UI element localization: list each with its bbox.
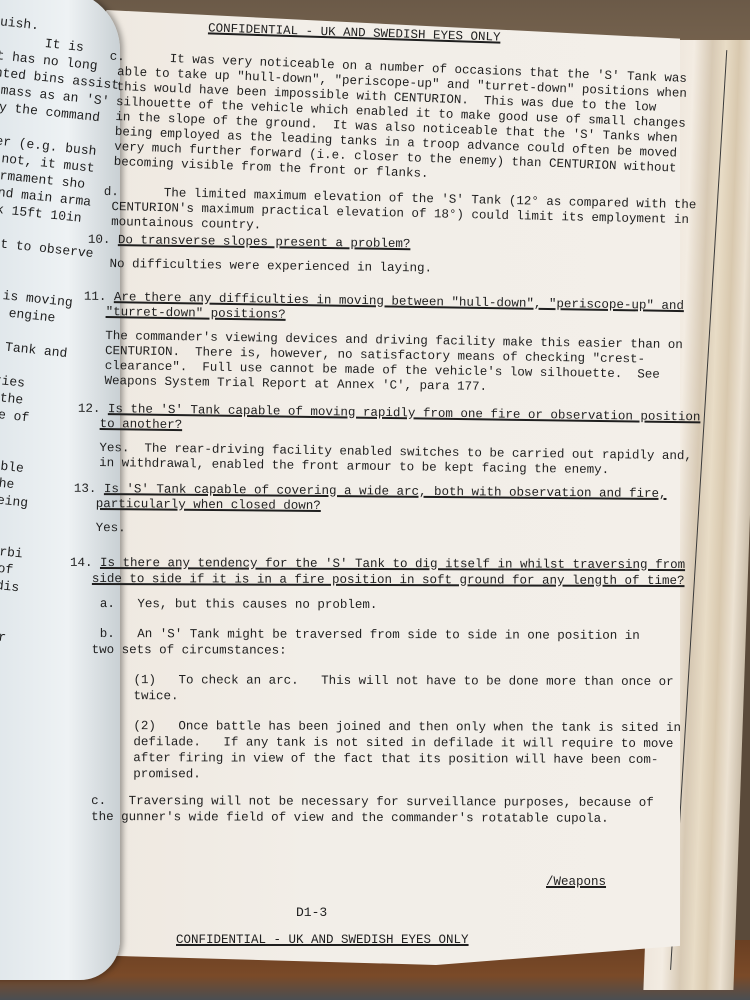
- paragraph-c: c. It was very noticeable on a number of…: [113, 50, 687, 192]
- classification-header: CONFIDENTIAL - UK AND SWEDISH EYES ONLY: [208, 21, 501, 45]
- question-number: 12.: [78, 402, 108, 416]
- question-text: to another?: [100, 417, 183, 432]
- answer-item-line: (1) To check an arc. This will not have …: [134, 672, 685, 690]
- question-14: 14. Is there any tendency for the 'S' Ta…: [91, 555, 685, 841]
- answer-item-line: a. Yes, but this causes no problem.: [100, 596, 685, 614]
- document-content: CONFIDENTIAL - UK AND SWEDISH EYES ONLY …: [0, 0, 750, 1000]
- answer-item-line: promised.: [133, 766, 684, 784]
- question-text: Do transverse slopes present a problem?: [118, 233, 411, 251]
- question-line: side to side if it is in a fire position…: [92, 571, 685, 589]
- question-number: 10.: [88, 233, 118, 247]
- answer-item-line: after firing in view of the fact that it…: [133, 750, 684, 768]
- question-text: "turret-down" positions?: [106, 305, 286, 322]
- question-text: side to side if it is in a fire position…: [92, 572, 685, 588]
- question-text: Is there any tendency for the 'S' Tank t…: [100, 556, 685, 572]
- question-number: 14.: [70, 556, 100, 570]
- question-10: 10. Do transverse slopes present a probl…: [109, 233, 432, 276]
- answer-line: No difficulties were experienced in layi…: [109, 257, 432, 277]
- question-number: 11.: [84, 290, 114, 304]
- catchword: /Weapons: [546, 875, 606, 890]
- classification-footer: CONFIDENTIAL - UK AND SWEDISH EYES ONLY: [176, 933, 469, 948]
- answer-item-line: twice.: [133, 688, 684, 706]
- question-13: 13. Is 'S' Tank capable of covering a wi…: [96, 482, 667, 541]
- question-text: particularly when closed down?: [96, 497, 321, 513]
- spacer: [91, 825, 684, 841]
- question-number: 13.: [74, 482, 104, 496]
- answer-item-line: two sets of circumstances:: [92, 642, 685, 660]
- question-12: 12. Is the 'S' Tank capable of moving ra…: [99, 402, 701, 479]
- answer-item-line: defilade. If any tank is not sited in de…: [133, 734, 684, 752]
- page-number: D1-3: [296, 905, 327, 920]
- answer-item-line: (2) Once battle has been joined and then…: [133, 718, 684, 736]
- question-11: 11. Are there any difficulties in moving…: [104, 290, 684, 398]
- answer-item-line: the gunner's wide field of view and the …: [91, 809, 684, 827]
